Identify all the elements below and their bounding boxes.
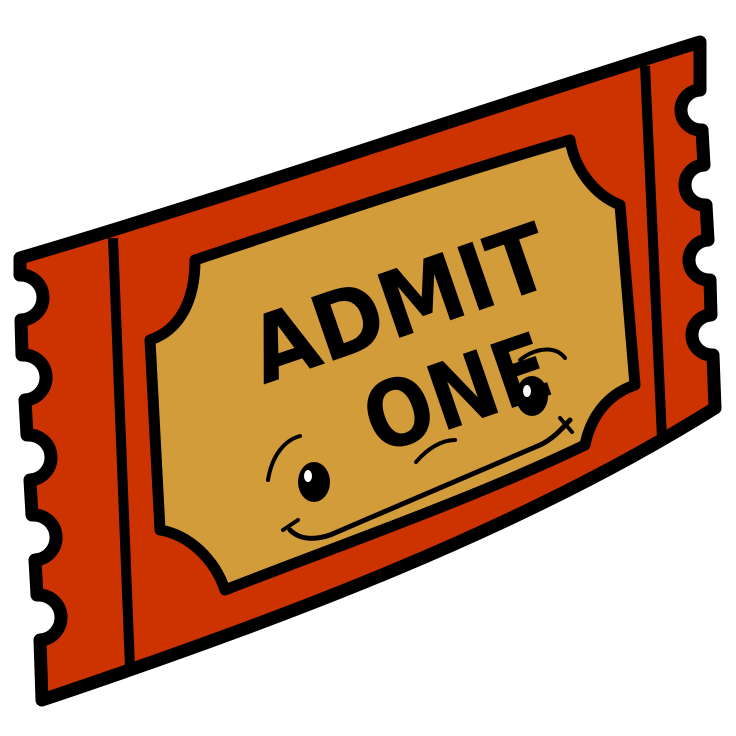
ticket-graphic: ADMIT ONE [0,0,736,736]
left-eye-highlight [304,470,312,482]
left-eye-icon [298,462,330,502]
admit-one-ticket-illustration: ADMIT ONE [0,0,736,736]
right-eye-highlight [523,385,531,397]
right-eye-icon [516,376,548,416]
